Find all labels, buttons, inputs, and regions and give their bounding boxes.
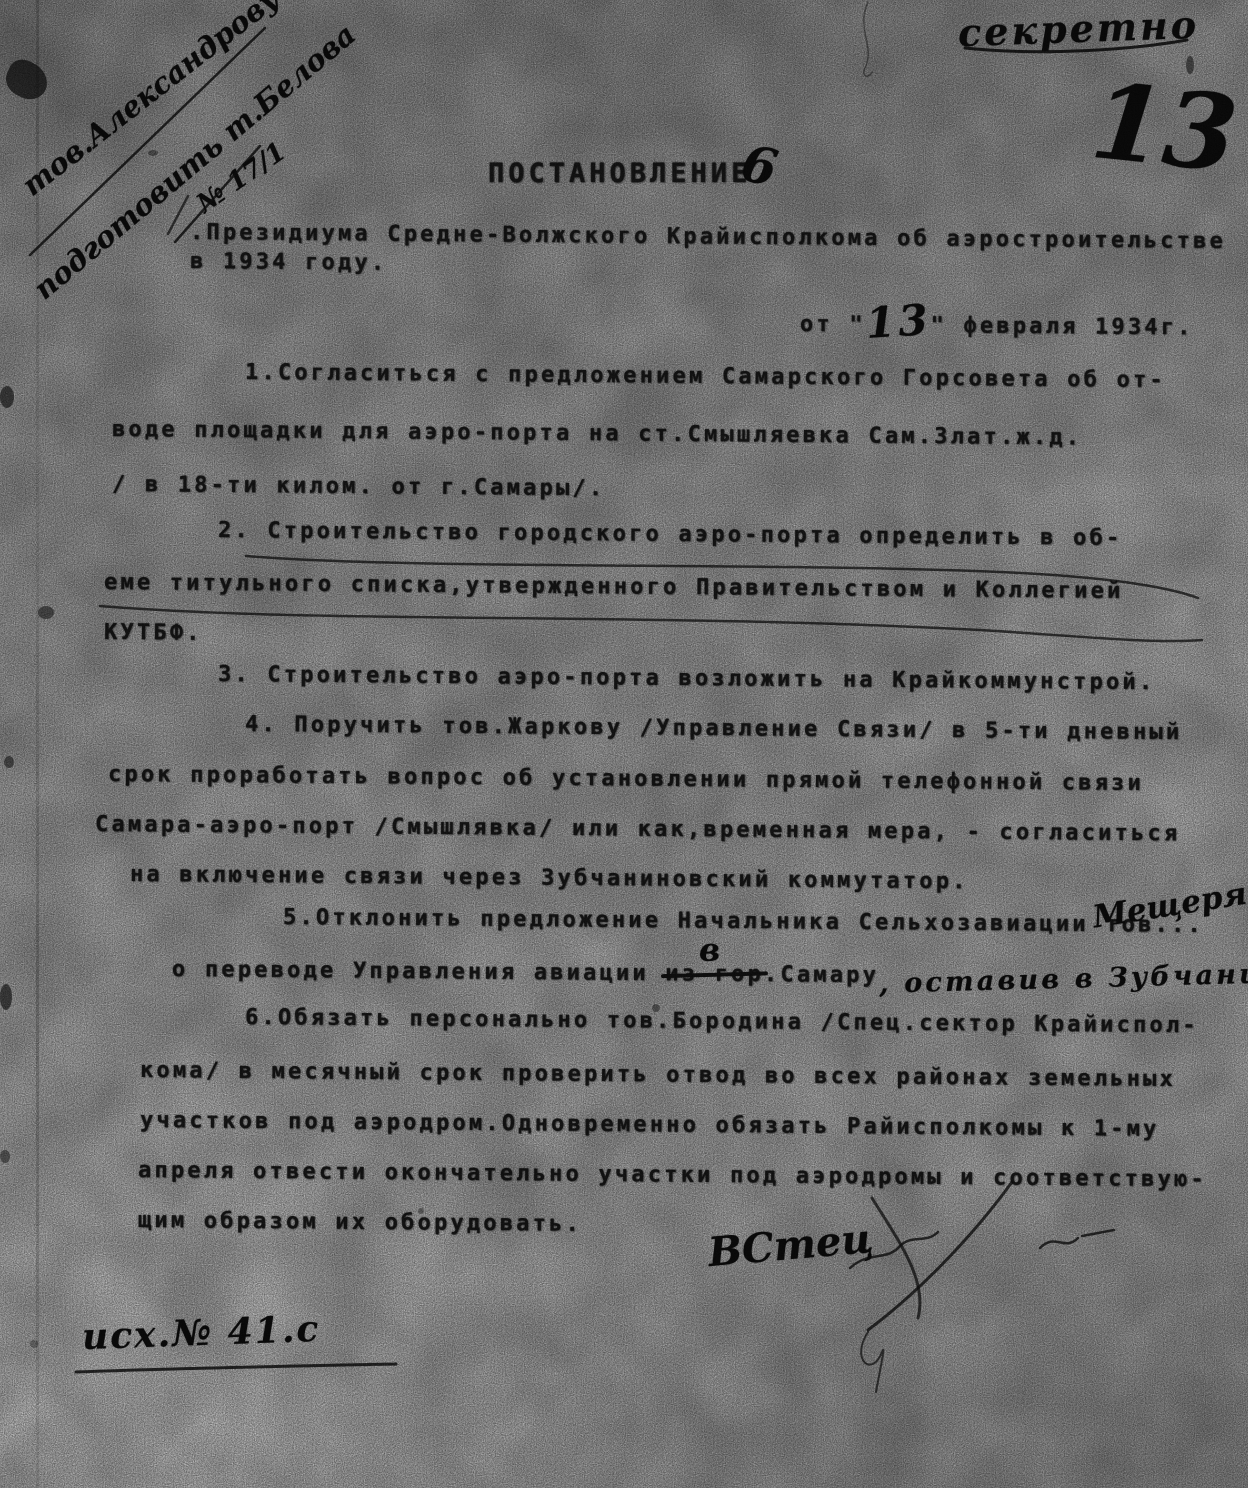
document-title: ПОСТАНОВЛЕНИЕ	[488, 158, 751, 189]
scan-blemish	[4, 756, 14, 768]
item-5-inserted-word: в	[699, 932, 724, 969]
top-edge-squiggle	[864, 2, 872, 76]
item-2-line-1: 2. Строительство городского аэро-порта о…	[218, 518, 1123, 551]
item-5-line-2: о переводе Управления авиации из горв.Са…	[172, 952, 1248, 993]
item-6-line-2: кома/ в месячный срок проверить отвод во…	[140, 1058, 1176, 1092]
scan-blemish	[0, 386, 14, 408]
page-number: 13	[1086, 59, 1243, 196]
item-1-line-3: / в 18-ти килом. от г.Самары/.	[112, 472, 606, 502]
scan-blemish	[0, 55, 53, 105]
item-1-line-2: воде площадки для аэро-порта на ст.Смышл…	[112, 417, 1082, 451]
scan-blemish	[418, 1208, 424, 1214]
item-3-line-1: 3. Строительство аэро-порта возложить на…	[218, 662, 1156, 695]
item-5-line-2-start: о переводе Управления авиации	[172, 957, 666, 986]
signature-left: ВСтец	[706, 1215, 875, 1276]
date-prefix: от "	[800, 312, 866, 338]
scan-blemish	[0, 1150, 10, 1163]
scan-blemish	[1186, 56, 1194, 74]
item-6-line-3: участков под аэродром.Одновременно обяза…	[140, 1108, 1160, 1142]
scanned-document-page: тов.Александрову подготовить т.Белова № …	[0, 0, 1248, 1488]
signature-bottom-loop	[861, 1332, 883, 1392]
resolution-number: 6	[736, 133, 782, 198]
scan-blemish	[148, 150, 158, 156]
item-1-line-1: 1.Согласиться с предложением Самарского …	[245, 360, 1166, 393]
item-5-line-2-end: .Самару	[764, 962, 879, 988]
signature-flourish-1	[868, 1182, 1012, 1330]
item-4-line-3: Самара-аэро-порт /Смышлявка/ или как,вре…	[95, 812, 1181, 847]
date-day-handwritten: 13	[864, 296, 932, 348]
outgoing-number-underline	[76, 1364, 396, 1372]
item-6-line-5: щим образом их оборудовать.	[138, 1208, 582, 1237]
scan-blemish	[30, 1340, 38, 1348]
item-6-line-4: апреля отвести окончательно участки под …	[138, 1158, 1207, 1193]
scan-blemish	[652, 1004, 660, 1012]
item-4-line-2: срок проработать вопрос об установлении …	[108, 762, 1144, 796]
item-5-line-1: 5.Отклонить предложение Начальника Сельх…	[283, 905, 1204, 938]
paper-fold-line	[36, 0, 39, 1488]
item-4-line-1: 4. Поручить тов.Жаркову /Управление Связ…	[245, 712, 1183, 745]
item-5-handwritten-tail: , оставив в Зубчаниновке	[879, 956, 1248, 1000]
item-2-line-2: еме титульного списка,утвержденного Прав…	[104, 570, 1124, 604]
scan-blemish	[0, 984, 12, 1010]
item-5-correction: из горв	[665, 961, 764, 987]
classification-stamp: секретно	[957, 2, 1199, 55]
subtitle-line-1: .Президиума Средне-Волжского Крайисполко…	[190, 220, 1226, 254]
outgoing-number-note: исх.№ 41.с	[81, 1308, 321, 1358]
date-suffix: " февраля 1934г.	[930, 313, 1193, 340]
item-5-line-1-typed: 5.Отклонить предложение Начальника Сельх…	[283, 905, 1204, 938]
item-2-underline-2	[100, 606, 1202, 641]
item-6-line-1: 6.Обязать персонально тов.Бородина /Спец…	[245, 1005, 1199, 1039]
scan-blemish	[38, 606, 54, 619]
signature-flourish-2	[872, 1198, 920, 1318]
item-4-line-4: на включение связи через Зубчаниновский …	[130, 862, 969, 895]
item-2-line-3: КУТБФ.	[104, 620, 203, 646]
date-line: от "13" февраля 1934г.	[800, 293, 1194, 345]
signature-flourish-3	[1040, 1230, 1114, 1248]
subtitle-line-2: в 1934 году.	[190, 249, 388, 276]
